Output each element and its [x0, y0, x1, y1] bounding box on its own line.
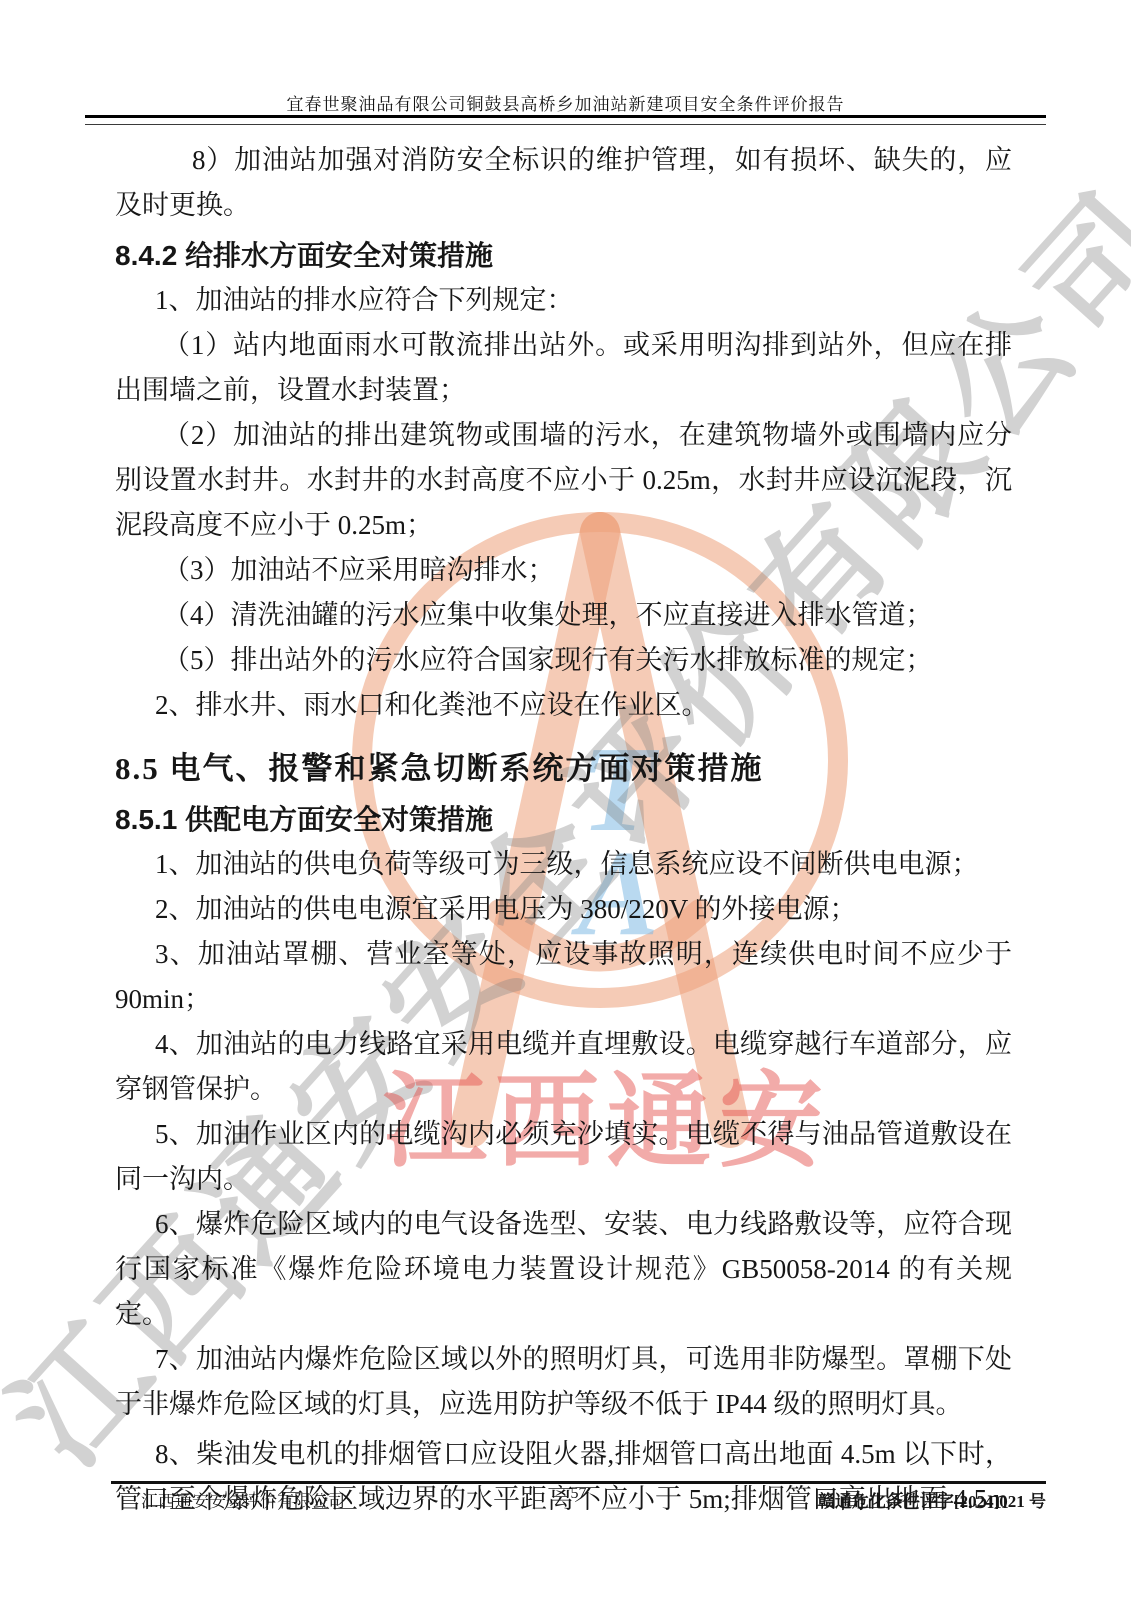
section-heading: 8.4.2 给排水方面安全对策措施 [115, 233, 1012, 278]
paragraph: 4、加油站的电力线路宜采用电缆并直埋敷设。电缆穿越行车道部分，应穿钢管保护。 [115, 1022, 1012, 1112]
document-text-layer: 宜春世聚油品有限公司铜鼓县高桥乡加油站新建项目安全条件评价报告 8）加油站加强对… [0, 0, 1131, 1600]
paragraph: （3）加油站不应采用暗沟排水； [115, 548, 1012, 593]
page-header-title: 宜春世聚油品有限公司铜鼓县高桥乡加油站新建项目安全条件评价报告 [0, 90, 1131, 115]
paragraph: 8）加油站加强对消防安全标识的维护管理，如有损坏、缺失的，应及时更换。 [115, 138, 1012, 228]
paragraph: 7、加油站内爆炸危险区域以外的照明灯具，可选用非防爆型。罩棚下处于非爆炸危险区域… [115, 1337, 1012, 1427]
paragraph: 3、加油站罩棚、营业室等处，应设事故照明，连续供电时间不应少于90min； [115, 932, 1012, 1022]
paragraph: 1、加油站的供电负荷等级可为三级，信息系统应设不间断供电电源； [115, 842, 1012, 887]
paragraph: 5、加油作业区内的电缆沟内必须充沙填实。电缆不得与油品管道敷设在同一沟内。 [115, 1112, 1012, 1202]
header-rule [85, 115, 1046, 125]
paragraph: （4）清洗油罐的污水应集中收集处理，不应直接进入排水管道； [115, 593, 1012, 638]
report-page: T A 江西通安安全评价有限公司 江西通安 宜春世聚油品有限公司铜鼓县高桥乡加油… [0, 0, 1131, 1600]
footer-doc-number: 赣通危化条件评字[2024]021 号 [818, 1487, 1046, 1512]
paragraph: 6、爆炸危险区域内的电气设备选型、安装、电力线路敷设等，应符合现行国家标准《爆炸… [115, 1202, 1012, 1337]
paragraph: （1）站内地面雨水可散流排出站外。或采用明沟排到站外，但应在排出围墙之前，设置水… [115, 323, 1012, 413]
paragraph: 2、加油站的供电电源宜采用电压为 380/220V 的外接电源； [115, 887, 1012, 932]
paragraph: 1、加油站的排水应符合下列规定： [115, 278, 1012, 323]
body-text: 8）加油站加强对消防安全标识的维护管理，如有损坏、缺失的，应及时更换。8.4.2… [115, 138, 1012, 1522]
paragraph: （5）排出站外的污水应符合国家现行有关污水排放标准的规定； [115, 638, 1012, 683]
section-heading: 8.5 电气、报警和紧急切断系统方面对策措施 [115, 746, 1012, 792]
section-heading: 8.5.1 供配电方面安全对策措施 [115, 797, 1012, 842]
page-footer: 江西通安安全评价有限公司 57 赣通危化条件评字[2024]021 号 [111, 1487, 1046, 1511]
paragraph: （2）加油站的排出建筑物或围墙的污水，在建筑物墙外或围墙内应分别设置水封井。水封… [115, 413, 1012, 548]
paragraph: 2、排水井、雨水口和化粪池不应设在作业区。 [115, 683, 1012, 728]
footer-rule [111, 1481, 1046, 1484]
